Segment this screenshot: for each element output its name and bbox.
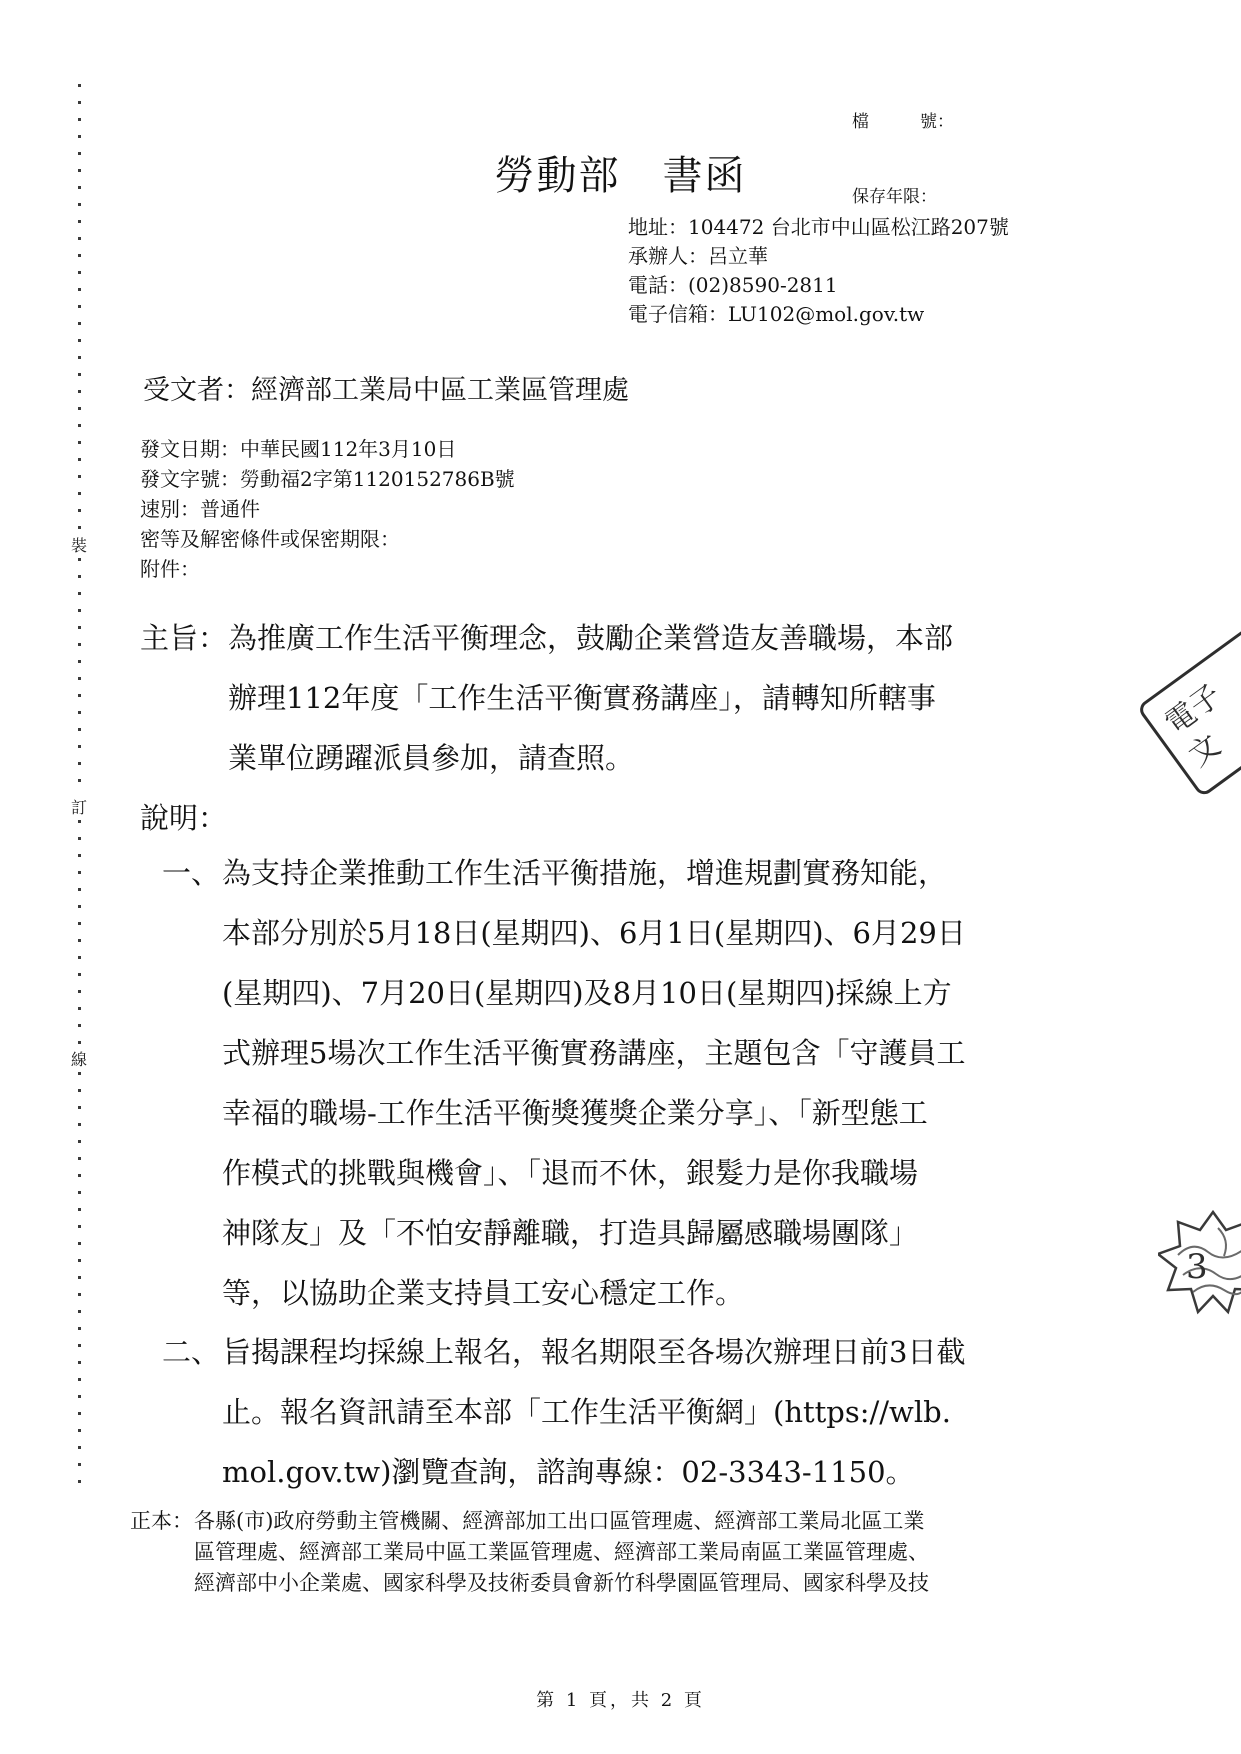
item-2-line: mol.gov.tw)瀏覽查詢，諮詢專線：02-3343-1150。: [222, 1442, 965, 1502]
copy-to-line: 各縣(市)政府勞動主管機關、經濟部加工出口區管理處、經濟部工業局北區工業: [194, 1506, 929, 1537]
subject-line: 辦理112年度「工作生活平衡實務講座」，請轉知所轄事: [228, 668, 953, 728]
sender-address: 地址：104472 台北市中山區松江路207號: [628, 213, 1009, 242]
subject-text: 為推廣工作生活平衡理念，鼓勵企業營造友善職場，本部 辦理112年度「工作生活平衡…: [228, 608, 953, 788]
subject-label: 主旨：: [140, 608, 228, 668]
binding-mark-ding: 訂: [71, 796, 87, 820]
binding-mark-zhuang: 裝: [71, 534, 87, 558]
copy-to-label: 正本：: [130, 1506, 194, 1537]
sender-handler: 承辦人：呂立華: [628, 242, 1009, 271]
item-1-line: 本部分別於5月18日(星期四)、6月1日(星期四)、6月29日: [222, 903, 966, 963]
file-number-label: 檔 號：: [852, 110, 954, 135]
electronic-exchange-stamp: 電子 文: [1136, 590, 1241, 798]
item-1-line: 式辦理5場次工作生活平衡實務講座，主題包含「守護員工: [222, 1023, 966, 1083]
dispatch-meta-block: 發文日期：中華民國112年3月10日 發文字號：勞動福2字第1120152786…: [140, 434, 515, 584]
document-title: 勞動部 書函: [0, 144, 1241, 201]
subject-section: 主旨： 為推廣工作生活平衡理念，鼓勵企業營造友善職場，本部 辦理112年度「工作…: [140, 608, 953, 788]
binding-margin: 裝 訂 線: [70, 84, 88, 1490]
sender-phone: 電話：(02)8590-2811: [628, 271, 1009, 300]
dispatch-date: 發文日期：中華民國112年3月10日: [140, 434, 515, 464]
item-1-line: (星期四)、7月20日(星期四)及8月10日(星期四)採線上方: [222, 963, 966, 1023]
dispatch-number: 發文字號：勞動福2字第1120152786B號: [140, 464, 515, 494]
subject-line: 為推廣工作生活平衡理念，鼓勵企業營造友善職場，本部: [228, 608, 953, 668]
recipient-line: 受文者：經濟部工業局中區工業區管理處: [143, 368, 629, 407]
copy-to-line: 經濟部中小企業處、國家科學及技術委員會新竹科學園區管理局、國家科學及技: [194, 1568, 929, 1599]
copy-to-text: 各縣(市)政府勞動主管機關、經濟部加工出口區管理處、經濟部工業局北區工業 區管理…: [194, 1506, 929, 1599]
item-1-line: 作模式的挑戰與機會」、「退而不休，銀髮力是你我職場: [222, 1143, 966, 1203]
sender-email: 電子信箱：LU102@mol.gov.tw: [628, 300, 1009, 329]
page-number: 第 1 頁，共 2 頁: [0, 1686, 1241, 1712]
binding-dotted-line: [78, 558, 81, 796]
item-1-line: 為支持企業推動工作生活平衡措施，增進規劃實務知能，: [222, 843, 966, 903]
description-item-2: 二、 旨揭課程均採線上報名，報名期限至各場次辦理日前3日截 止。報名資訊請至本部…: [162, 1322, 965, 1502]
document-page: 裝 訂 線 檔 號： 保存年限： 勞動部 書函 地址：104472 台北市中山區…: [0, 0, 1241, 1754]
copy-to-section: 正本： 各縣(市)政府勞動主管機關、經濟部加工出口區管理處、經濟部工業局北區工業…: [130, 1506, 929, 1599]
dispatch-speed: 速別：普通件: [140, 494, 515, 524]
dispatch-security: 密等及解密條件或保密期限：: [140, 524, 515, 554]
description-item-1: 一、 為支持企業推動工作生活平衡措施，增進規劃實務知能， 本部分別於5月18日(…: [162, 843, 966, 1323]
item-1-line: 幸福的職場-工作生活平衡獎獲獎企業分享」、「新型態工: [222, 1083, 966, 1143]
item-2-text: 旨揭課程均採線上報名，報名期限至各場次辦理日前3日截 止。報名資訊請至本部「工作…: [222, 1322, 965, 1502]
item-1-label: 一、: [162, 843, 222, 903]
item-1-line: 等，以協助企業支持員工安心穩定工作。: [222, 1263, 966, 1323]
binding-dotted-line: [78, 1072, 81, 1490]
star-seal-icon: 3: [1158, 1210, 1241, 1320]
subject-line: 業單位踴躍派員參加，請查照。: [228, 728, 953, 788]
dispatch-attachment: 附件：: [140, 554, 515, 584]
binding-mark-xian: 線: [71, 1048, 87, 1072]
item-1-text: 為支持企業推動工作生活平衡措施，增進規劃實務知能， 本部分別於5月18日(星期四…: [222, 843, 966, 1323]
item-1-line: 神隊友」及「不怕安靜離職，打造具歸屬感職場團隊」: [222, 1203, 966, 1263]
item-2-line: 旨揭課程均採線上報名，報名期限至各場次辦理日前3日截: [222, 1322, 965, 1382]
description-label: 說明：: [140, 788, 227, 848]
copy-to-line: 區管理處、經濟部工業局中區工業區管理處、經濟部工業局南區工業區管理處、: [194, 1537, 929, 1568]
item-2-line: 止。報名資訊請至本部「工作生活平衡網」(https://wlb.: [222, 1382, 965, 1442]
item-2-label: 二、: [162, 1322, 222, 1382]
sender-contact-block: 地址：104472 台北市中山區松江路207號 承辦人：呂立華 電話：(02)8…: [628, 213, 1009, 329]
binding-dotted-line: [78, 820, 81, 1048]
seal-number: 3: [1186, 1247, 1208, 1287]
